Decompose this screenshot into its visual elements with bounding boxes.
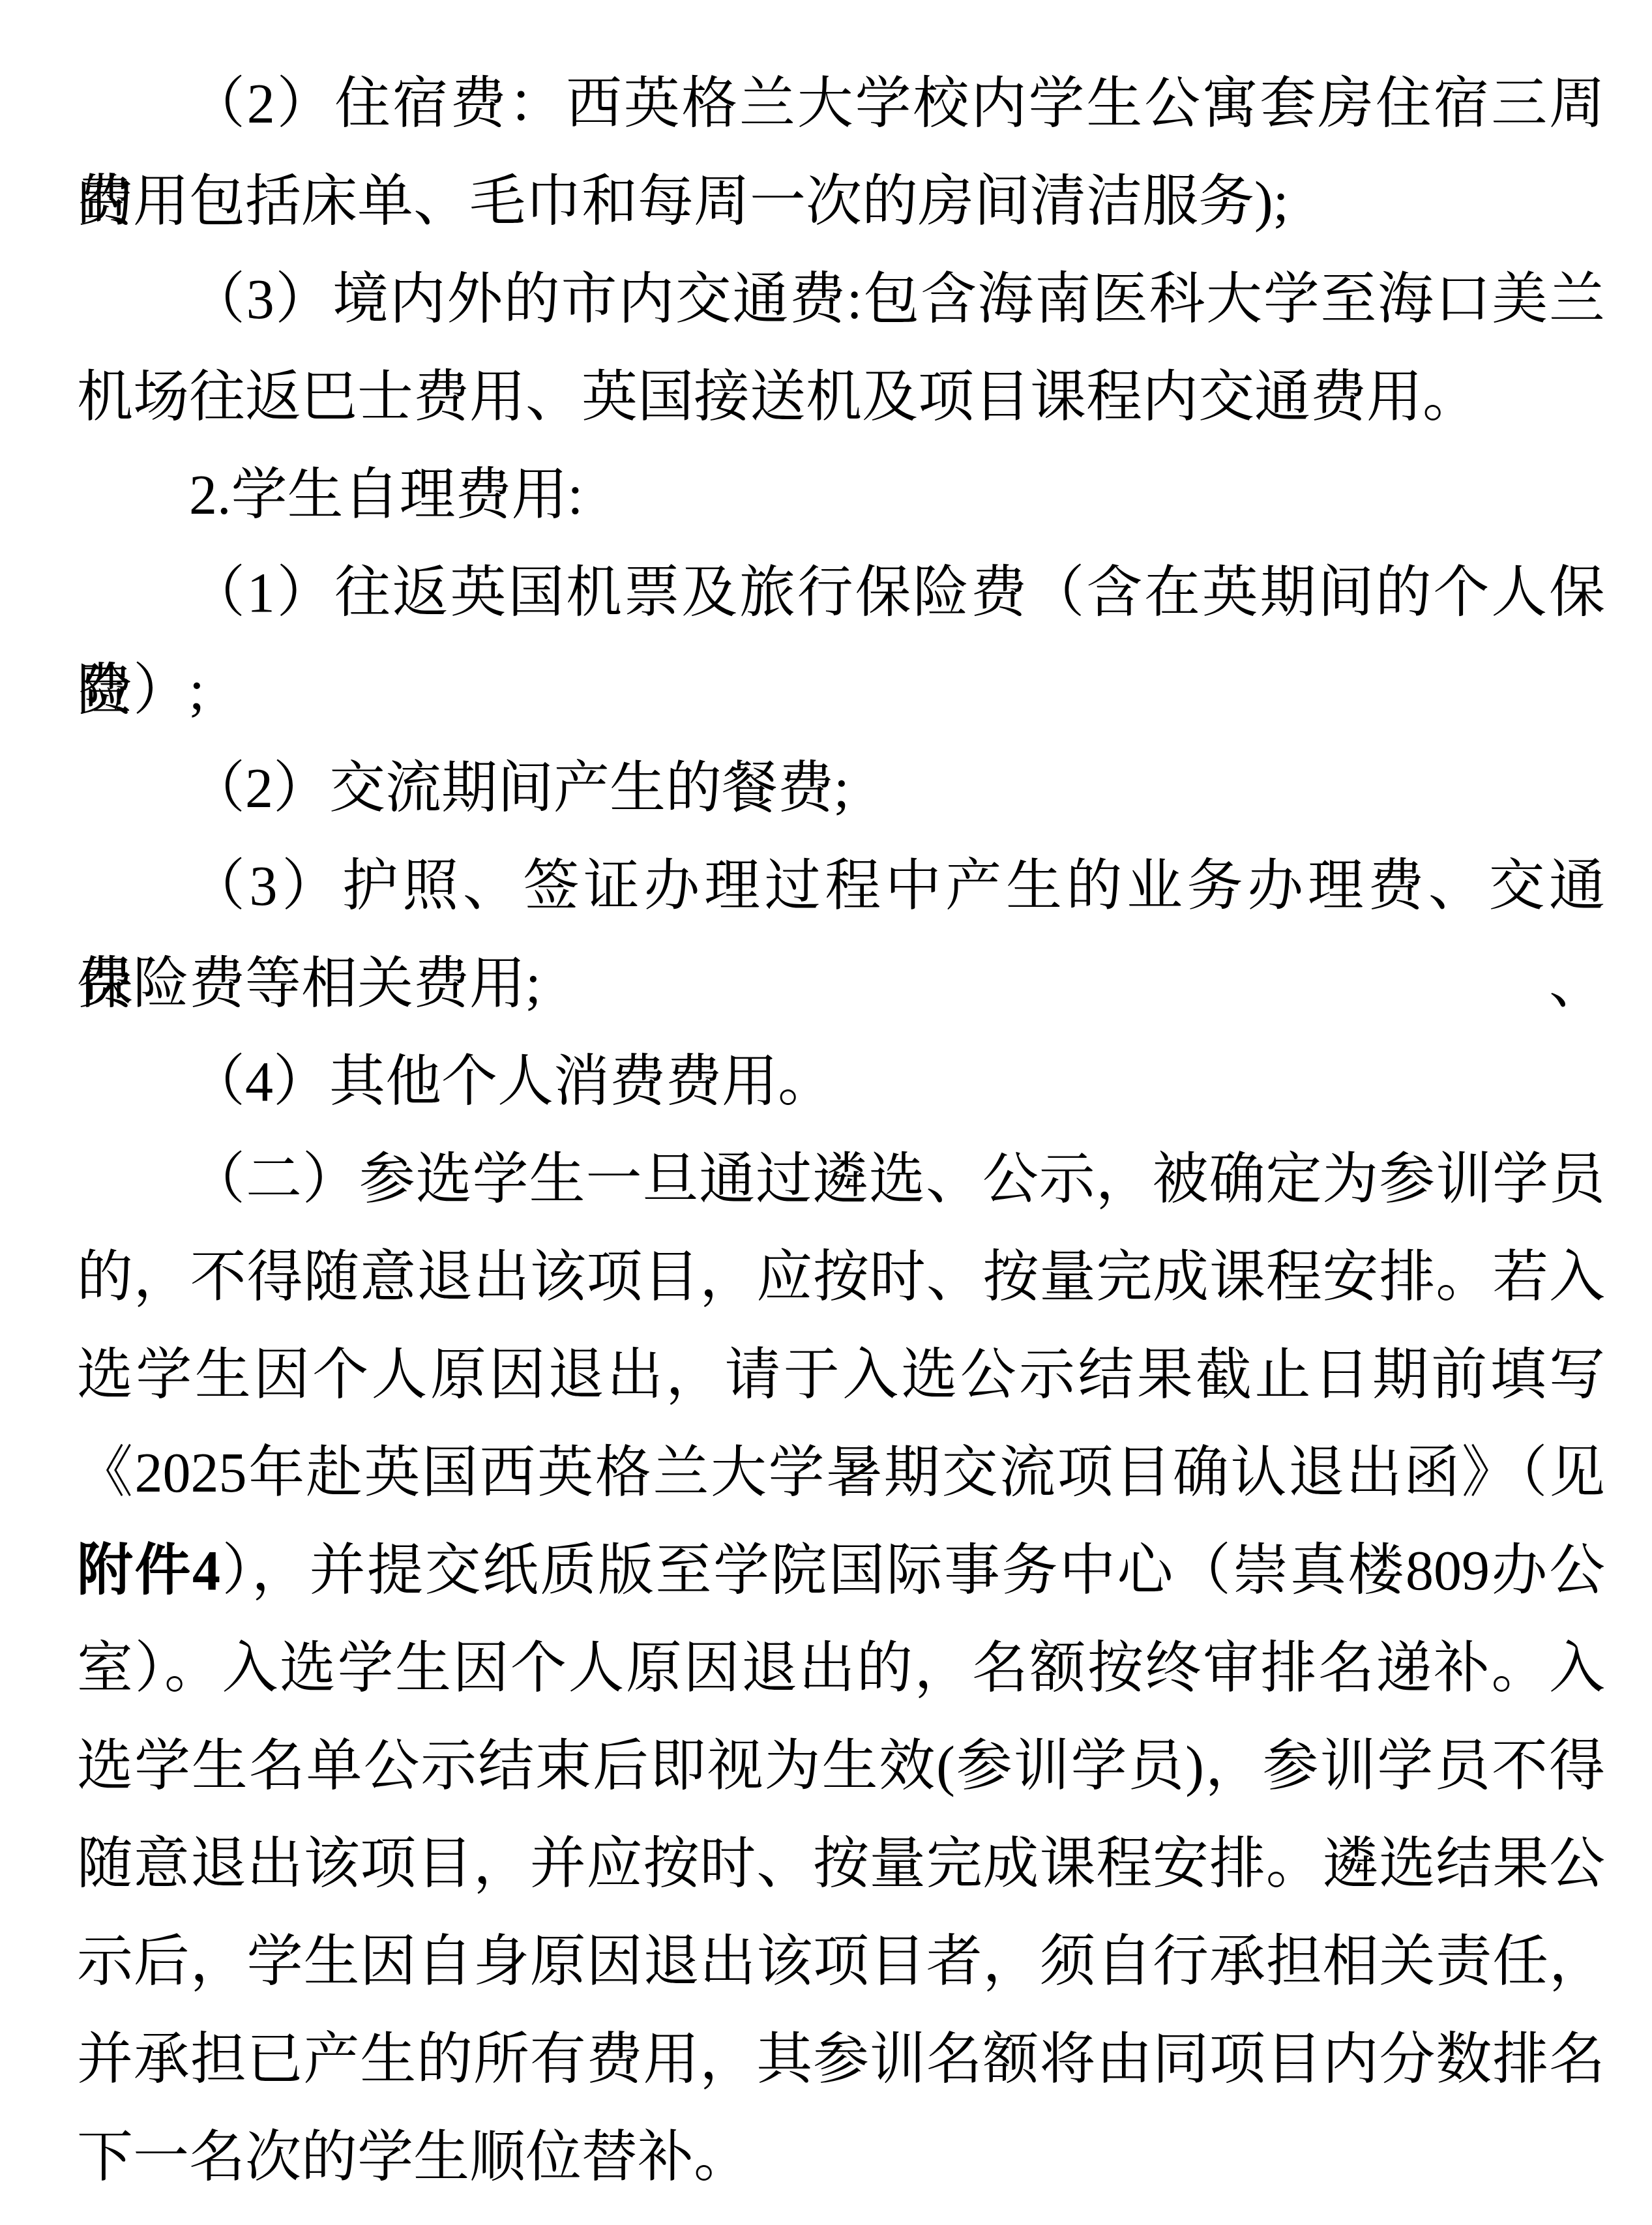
document-page: （2）住宿费：西英格兰大学校内学生公寓套房住宿三周的 费用包括床单、毛巾和每周一… [0,0,1652,2225]
text-line-22: 下一名次的学生顺位替补。 [77,2108,1605,2206]
text-line-15: 《2025年赴英国西英格兰大学暑期交流项目确认退出函》（见 [77,1424,1605,1522]
text-line-09: （3）护照、签证办理过程中产生的业务办理费、交通费、 [77,837,1605,935]
text-line-07: 费）; [77,641,1605,739]
attachment-4-bold-ref: 附件4 [77,1539,220,1602]
text-line-21: 并承担已产生的所有费用，其参训名额将由同项目内分数排名 [77,2011,1605,2108]
text-line-08: （2）交流期间产生的餐费; [77,739,1605,837]
text-line-01: （2）住宿费：西英格兰大学校内学生公寓套房住宿三周的 [77,55,1605,153]
text-line-18: 选学生名单公示结束后即视为生效(参训学员)，参训学员不得 [77,1717,1605,1815]
document-text-block: （2）住宿费：西英格兰大学校内学生公寓套房住宿三周的 费用包括床单、毛巾和每周一… [77,55,1605,2206]
text-line-20: 示后，学生因自身原因退出该项目者，须自行承担相关责任， [77,1913,1605,2011]
text-line-05: 2.学生自理费用: [77,446,1605,544]
text-line-12: （二）参选学生一旦通过遴选、公示，被确定为参训学员 [77,1130,1605,1228]
text-line-04: 机场往返巴士费用、英国接送机及项目课程内交通费用。 [77,348,1605,446]
text-line-16: 附件4），并提交纸质版至学院国际事务中心（崇真楼809办公 [77,1522,1605,1619]
text-line-06: （1）往返英国机票及旅行保险费（含在英期间的个人保险 [77,544,1605,641]
text-line-03: （3）境内外的市内交通费:包含海南医科大学至海口美兰 [77,250,1605,348]
text-line-02: 费用包括床单、毛巾和每周一次的房间清洁服务); [77,153,1605,250]
text-line-11: （4）其他个人消费费用。 [77,1033,1605,1130]
text-line-19: 随意退出该项目，并应按时、按量完成课程安排。遴选结果公 [77,1815,1605,1913]
text-line-16-rest: ），并提交纸质版至学院国际事务中心（崇真楼809办公 [220,1539,1605,1602]
text-line-13: 的，不得随意退出该项目，应按时、按量完成课程安排。若入 [77,1228,1605,1326]
text-line-17: 室）。入选学生因个人原因退出的，名额按终审排名递补。入 [77,1619,1605,1717]
text-line-14: 选学生因个人原因退出，请于入选公示结果截止日期前填写 [77,1326,1605,1424]
